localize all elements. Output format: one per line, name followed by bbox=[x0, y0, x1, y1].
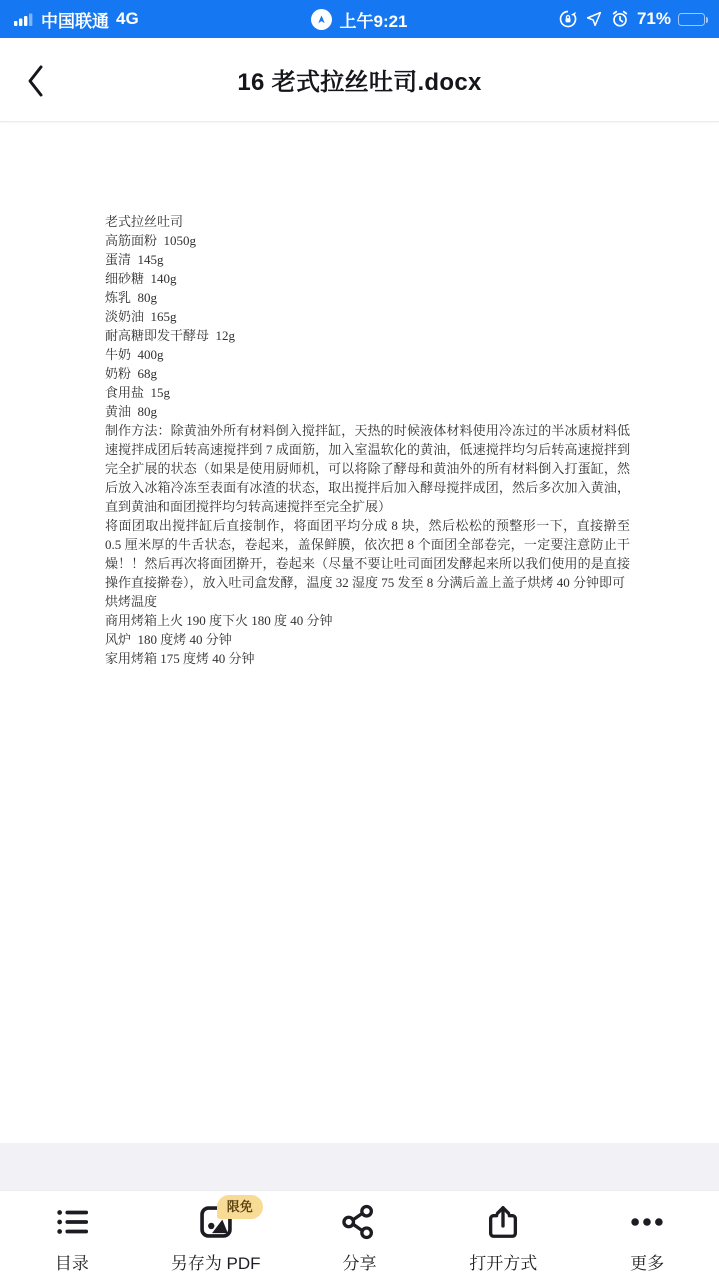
toolbar-label: 另存为 PDF bbox=[171, 1249, 261, 1274]
doc-line: 淡奶油 165g bbox=[105, 307, 630, 326]
doc-paragraph-method: 制作方法：除黄油外所有材料倒入搅拌缸，天热的时候液体材料使用冷冻过的半冰质材料低… bbox=[105, 421, 630, 516]
doc-line: 烘烤温度 bbox=[105, 592, 630, 611]
orientation-lock-icon bbox=[558, 9, 578, 29]
toolbar-item-more[interactable]: 更多 bbox=[575, 1191, 719, 1280]
toolbar-item-open-with[interactable]: 打开方式 bbox=[431, 1191, 575, 1280]
doc-line: 家用烤箱 175 度烤 40 分钟 bbox=[105, 649, 630, 668]
document-viewer[interactable]: 老式拉丝吐司 高筋面粉 1050g 蛋清 145g 细砂糖 140g 炼乳 80… bbox=[0, 122, 719, 1143]
doc-line: 高筋面粉 1050g bbox=[105, 231, 630, 250]
chevron-left-icon bbox=[26, 64, 46, 98]
toolbar-item-toc[interactable]: 目录 bbox=[0, 1191, 144, 1280]
save-as-pdf-icon: 限免 bbox=[196, 1202, 236, 1242]
open-with-icon bbox=[483, 1202, 523, 1242]
doc-line: 耐高糖即发干酵母 12g bbox=[105, 326, 630, 345]
doc-line: 商用烤箱上火 190 度下火 180 度 40 分钟 bbox=[105, 611, 630, 630]
toolbar-item-save-as-pdf[interactable]: 限免 另存为 PDF bbox=[144, 1191, 288, 1280]
toc-list-icon bbox=[52, 1202, 92, 1242]
alarm-clock-icon bbox=[610, 9, 630, 29]
status-bar: 中国联通 4G 上午9:21 71% bbox=[0, 0, 719, 38]
doc-line: 老式拉丝吐司 bbox=[105, 212, 630, 231]
nav-location-circle-icon bbox=[311, 9, 332, 30]
page-title: 16 老式拉丝吐司.docx bbox=[237, 62, 481, 97]
nav-header: 16 老式拉丝吐司.docx bbox=[0, 38, 719, 122]
document-page: 老式拉丝吐司 高筋面粉 1050g 蛋清 145g 细砂糖 140g 炼乳 80… bbox=[105, 212, 630, 668]
doc-line: 炼乳 80g bbox=[105, 288, 630, 307]
doc-line: 蛋清 145g bbox=[105, 250, 630, 269]
location-arrow-icon bbox=[585, 10, 603, 28]
doc-line: 牛奶 400g bbox=[105, 345, 630, 364]
toolbar-label: 打开方式 bbox=[469, 1249, 537, 1274]
doc-line: 奶粉 68g bbox=[105, 364, 630, 383]
bottom-toolbar: 目录 限免 另存为 PDF 分享 bbox=[0, 1190, 719, 1280]
bottom-spacer bbox=[0, 1143, 719, 1190]
doc-line: 细砂糖 140g bbox=[105, 269, 630, 288]
status-time: 上午9:21 bbox=[339, 7, 407, 32]
doc-line: 风炉 180 度烤 40 分钟 bbox=[105, 630, 630, 649]
doc-line: 黄油 80g bbox=[105, 402, 630, 421]
back-button[interactable] bbox=[26, 64, 56, 98]
doc-paragraph-shaping: 将面团取出搅拌缸后直接制作，将面团平均分成 8 块，然后松松的预整形一下，直接擀… bbox=[105, 516, 630, 592]
more-dots-icon bbox=[627, 1202, 667, 1242]
limited-free-badge: 限免 bbox=[217, 1195, 263, 1219]
carrier-label: 中国联通 bbox=[41, 7, 109, 32]
doc-line: 食用盐 15g bbox=[105, 383, 630, 402]
battery-icon bbox=[678, 13, 705, 26]
toolbar-label: 目录 bbox=[55, 1249, 89, 1274]
share-nodes-icon bbox=[339, 1202, 379, 1242]
battery-percent: 71% bbox=[637, 9, 671, 29]
toolbar-label: 更多 bbox=[630, 1249, 664, 1274]
toolbar-label: 分享 bbox=[342, 1249, 376, 1274]
network-label: 4G bbox=[116, 9, 139, 29]
signal-bars-icon bbox=[14, 13, 34, 26]
toolbar-item-share[interactable]: 分享 bbox=[288, 1191, 432, 1280]
